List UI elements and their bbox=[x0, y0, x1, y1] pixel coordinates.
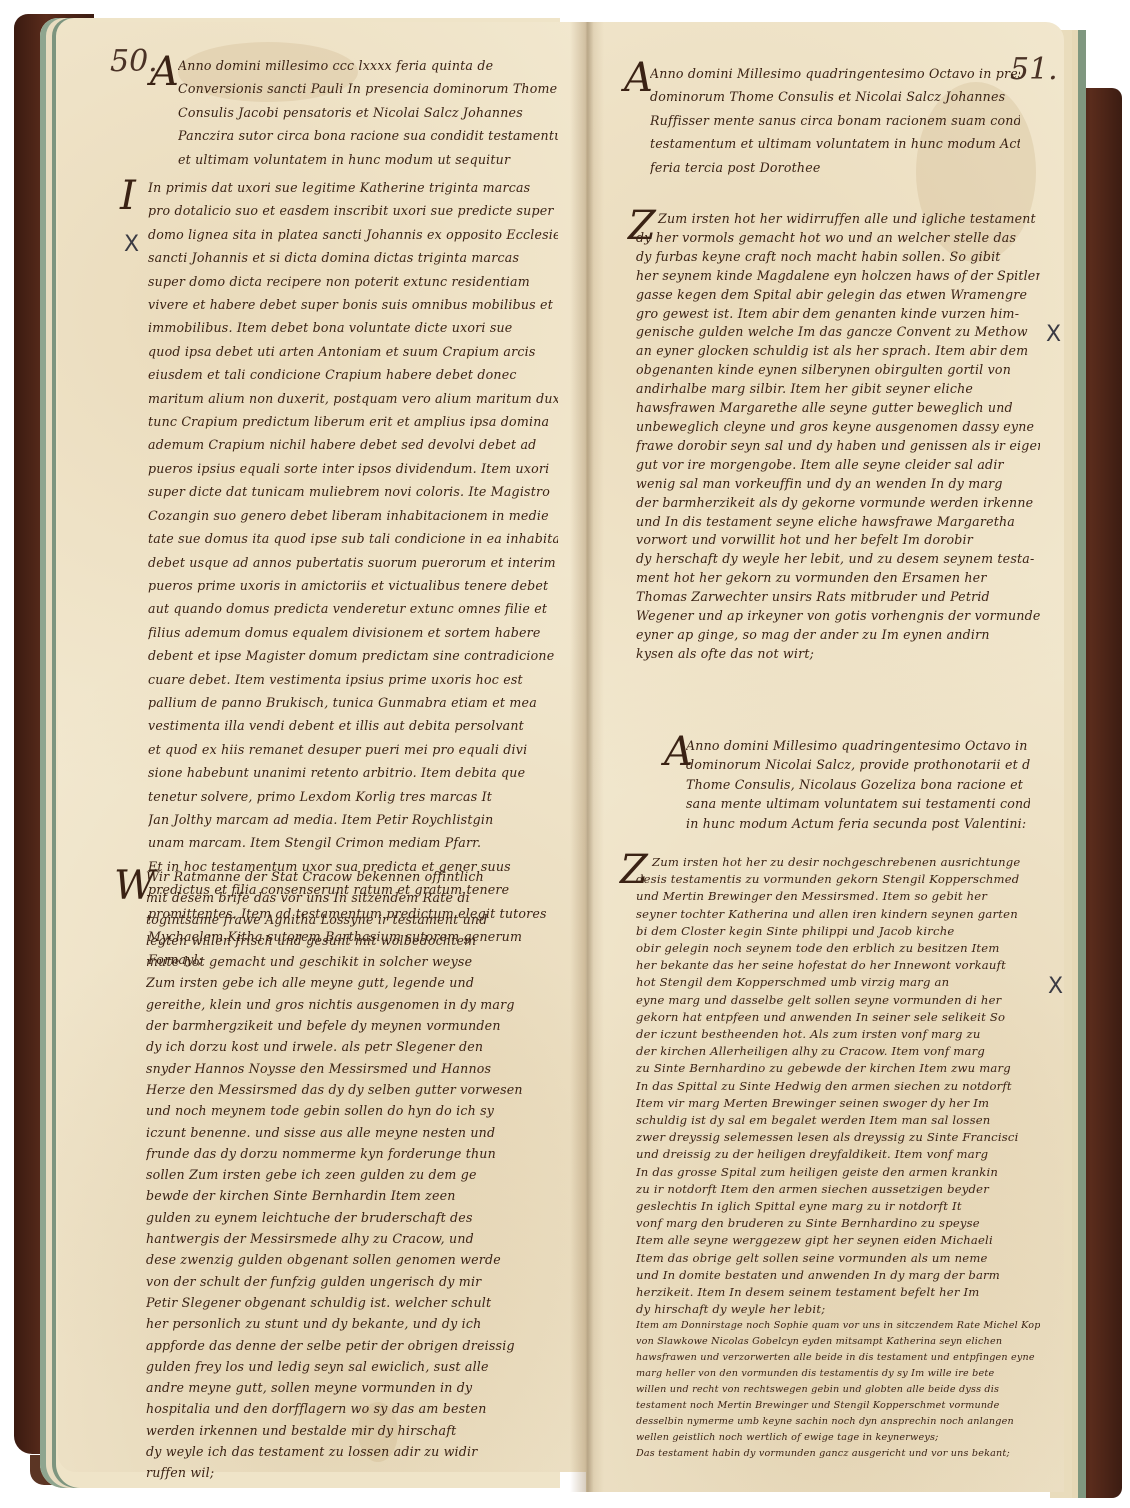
text-line: Cozangin suo genero debet liberam inhabi… bbox=[148, 504, 558, 527]
text-line: dy furbas keyne craft noch macht habin s… bbox=[636, 248, 1040, 267]
text-line: dominorum Nicolai Salcz, provide prothon… bbox=[686, 755, 1030, 774]
text-line: tate sue domus ita quod ipse sub tali co… bbox=[148, 527, 558, 550]
text-line: der kirchen Allerheiligen alhy zu Cracow… bbox=[636, 1043, 1040, 1060]
text-line: der iczunt bestheenden hot. Als zum irst… bbox=[636, 1026, 1040, 1043]
text-line: testament noch Mertin Brewinger und Sten… bbox=[636, 1398, 1040, 1414]
latin-entry-heading-right-2: Anno domini Millesimo quadringentesimo O… bbox=[686, 736, 1030, 833]
text-line: willen und recht von rechtswegen gebin u… bbox=[636, 1382, 1040, 1398]
text-line: her seynem kinde Magdalene eyn holczen h… bbox=[636, 267, 1040, 286]
text-line: testamentum et ultimam voluntatem in hun… bbox=[650, 132, 1020, 155]
text-line: Thome Consulis, Nicolaus Gozeliza bona r… bbox=[686, 775, 1030, 794]
text-line: und noch meynem tode gebin sollen do hyn… bbox=[146, 1100, 558, 1121]
text-line: Item alle seyne werggezew gipt her seyne… bbox=[636, 1232, 1040, 1249]
text-line: ruffen wil; bbox=[146, 1462, 558, 1483]
text-line: dominorum Thome Consulis et Nicolai Salc… bbox=[650, 85, 1020, 108]
entry-initial: I bbox=[120, 176, 136, 216]
text-line: werden irkennen und bestalde mir dy hirs… bbox=[146, 1420, 558, 1441]
text-line: gulden zu eynem leichtuche der brudersch… bbox=[146, 1207, 558, 1228]
text-line: Consulis Jacobi pensatoris et Nicolai Sa… bbox=[178, 101, 558, 124]
text-line: cuare debet. Item vestimenta ipsius prim… bbox=[148, 668, 558, 691]
text-line: Wegener und ap irkeyner von gotis vorhen… bbox=[636, 607, 1040, 626]
text-line: Item das obrige gelt sollen seine vormun… bbox=[636, 1250, 1040, 1267]
text-line: togintsame frawe Agnitha Lossyne ir test… bbox=[146, 909, 558, 930]
text-line: zu Sinte Bernhardino zu gebewde der kirc… bbox=[636, 1060, 1040, 1077]
text-line: wenig sal man vorkeuffin und dy an wende… bbox=[636, 475, 1040, 494]
text-line: gut vor ire morgengobe. Item alle seyne … bbox=[636, 456, 1040, 475]
text-line: gekorn hat entpfeen und anwenden In sein… bbox=[636, 1009, 1040, 1026]
text-line: mute hot gemacht und geschikit in solche… bbox=[146, 951, 558, 972]
text-line: von der schult der funfzig gulden ungeri… bbox=[146, 1271, 558, 1292]
latin-entry-heading-right: Anno domini Millesimo quadringentesimo O… bbox=[650, 62, 1020, 179]
text-line: Zum irsten hot her zu desir nochgeschreb… bbox=[636, 854, 1040, 871]
text-line: desis testamentis zu vormunden gekorn St… bbox=[636, 871, 1040, 888]
text-line: pallium de panno Brukisch, tunica Gunmab… bbox=[148, 691, 558, 714]
text-line: Petir Slegener obgenant schuldig ist. we… bbox=[146, 1292, 558, 1313]
text-line: andre meyne gutt, sollen meyne vormunden… bbox=[146, 1377, 558, 1398]
text-line: sollen Zum irsten gebe ich zeen gulden z… bbox=[146, 1164, 558, 1185]
latin-testament-text-left: In primis dat uxori sue legitime Katheri… bbox=[148, 176, 558, 972]
text-line: sione habebunt unanimi retento arbitrio.… bbox=[148, 761, 558, 784]
latin-entry-heading-left: Anno domini millesimo ccc lxxxx feria qu… bbox=[178, 54, 558, 171]
text-line: Ruffisser mente sanus circa bonam racion… bbox=[650, 109, 1020, 132]
text-line: schuldig ist dy sal em begalet werden It… bbox=[636, 1112, 1040, 1129]
text-line: Zum irsten hot her widirruffen alle und … bbox=[636, 210, 1040, 229]
text-line: bi dem Closter kegin Sinte philippi und … bbox=[636, 923, 1040, 940]
text-line: Anno domini Millesimo quadringentesimo O… bbox=[650, 62, 1020, 85]
text-line: unbeweglich cleyne und gros keyne ausgen… bbox=[636, 418, 1040, 437]
text-line: Panczira sutor circa bona racione sua co… bbox=[178, 124, 558, 147]
text-line: hot Stengil dem Kopperschmed umb virzig … bbox=[636, 974, 1040, 991]
text-line: Anno domini Millesimo quadringentesimo O… bbox=[686, 736, 1030, 755]
text-line: andirhalbe marg silbir. Item her gibit s… bbox=[636, 380, 1040, 399]
margin-cross-mark: X bbox=[1048, 974, 1063, 999]
text-line: domo lignea sita in platea sancti Johann… bbox=[148, 223, 558, 246]
text-line: debent et ipse Magister domum predictam … bbox=[148, 644, 558, 667]
text-line: Wir Ratmanne der Stat Cracow bekennen of… bbox=[146, 866, 558, 887]
text-line: tunc Crapium predictum liberum erit et a… bbox=[148, 410, 558, 433]
entry-initial: A bbox=[150, 52, 179, 92]
text-line: et quod ex hiis remanet desuper pueri me… bbox=[148, 738, 558, 761]
text-line: pro dotalicio suo et easdem inscribit ux… bbox=[148, 199, 558, 222]
text-line: appforde das denne der selbe petir der o… bbox=[146, 1335, 558, 1356]
text-line: bewde der kirchen Sinte Bernhardin Item … bbox=[146, 1185, 558, 1206]
text-line: gasse kegen dem Spital abir gelegin das … bbox=[636, 286, 1040, 305]
text-line: desselbin nymerme umb keyne sachin noch … bbox=[636, 1414, 1040, 1430]
text-line: dy ich dorzu kost und irwele. als petr S… bbox=[146, 1036, 558, 1057]
text-line: legten willen frisch und gesunt mit wolb… bbox=[146, 930, 558, 951]
text-line: ment hot her gekorn zu vormunden den Ers… bbox=[636, 569, 1040, 588]
margin-cross-mark: X bbox=[124, 232, 139, 257]
text-line: debet usque ad annos pubertatis suorum p… bbox=[148, 551, 558, 574]
text-line: ademum Crapium nichil habere debet sed d… bbox=[148, 433, 558, 456]
text-line: super domo dicta recipere non poterit ex… bbox=[148, 270, 558, 293]
text-line: in hunc modum Actum feria secunda post V… bbox=[686, 814, 1030, 833]
text-line: hospitalia und den dorfflagern wo sy das… bbox=[146, 1398, 558, 1419]
text-line: In das Spittal zu Sinte Hedwig den armen… bbox=[636, 1078, 1040, 1095]
margin-cross-mark: X bbox=[1046, 322, 1061, 347]
german-testament-text-left: Wir Ratmanne der Stat Cracow bekennen of… bbox=[146, 866, 558, 1484]
text-line: hawsfrawen und verzorwerten alle beide i… bbox=[636, 1350, 1040, 1366]
text-line: Item vir marg Merten Brewinger seinen sw… bbox=[636, 1095, 1040, 1112]
text-line: her personlich zu stunt und dy bekante, … bbox=[146, 1313, 558, 1334]
text-line: hawsfrawen Margarethe alle seyne gutter … bbox=[636, 399, 1040, 418]
text-line: an eyner glocken schuldig ist als her sp… bbox=[636, 342, 1040, 361]
text-line: vorwort und vorwillit hot und her befelt… bbox=[636, 531, 1040, 550]
text-line: immobilibus. Item debet bona voluntate d… bbox=[148, 316, 558, 339]
text-line: dy her vormols gemacht hot wo und an wel… bbox=[636, 229, 1040, 248]
text-line: und In domite bestaten und anwenden In d… bbox=[636, 1267, 1040, 1284]
text-line: vestimenta illa vendi debent et illis au… bbox=[148, 714, 558, 737]
text-line: feria tercia post Dorothee bbox=[650, 156, 1020, 179]
text-line: snyder Hannos Noysse den Messirsmed und … bbox=[146, 1058, 558, 1079]
text-line: In primis dat uxori sue legitime Katheri… bbox=[148, 176, 558, 199]
text-line: geslechtis In iglich Spittal eyne marg z… bbox=[636, 1198, 1040, 1215]
text-line: von Slawkowe Nicolas Gobelcyn eyden mits… bbox=[636, 1334, 1040, 1350]
text-line: gulden frey los und ledig seyn sal ewicl… bbox=[146, 1356, 558, 1377]
text-line: dy herschaft dy weyle her lebit, und zu … bbox=[636, 550, 1040, 569]
entry-initial: A bbox=[624, 58, 653, 98]
text-line: obir gelegin noch seynem tode den erblic… bbox=[636, 940, 1040, 957]
text-line: frawe dorobir seyn sal und dy haben und … bbox=[636, 437, 1040, 456]
text-line: iczunt benenne. und sisse aus alle meyne… bbox=[146, 1122, 558, 1143]
text-line: und dreissig zu der heiligen dreyfaldike… bbox=[636, 1146, 1040, 1163]
text-line: Herze den Messirsmed das dy dy selben gu… bbox=[146, 1079, 558, 1100]
page-gutter bbox=[570, 22, 604, 1492]
text-line: Anno domini millesimo ccc lxxxx feria qu… bbox=[178, 54, 558, 77]
text-line: dy hirschaft dy weyle her lebit; bbox=[636, 1301, 1040, 1318]
text-line: Das testament habin dy vormunden gancz a… bbox=[636, 1446, 1040, 1462]
text-line: gro gewest ist. Item abir dem genanten k… bbox=[636, 305, 1040, 324]
text-line: und Mertin Brewinger den Messirsmed. Ite… bbox=[636, 888, 1040, 905]
text-line: gereithe, klein und gros nichtis ausgeno… bbox=[146, 994, 558, 1015]
text-line: tenetur solvere, primo Lexdom Korlig tre… bbox=[148, 785, 558, 808]
text-line: eyne marg und dasselbe gelt sollen seyne… bbox=[636, 992, 1040, 1009]
text-line: Zum irsten gebe ich alle meyne gutt, leg… bbox=[146, 972, 558, 993]
text-line: kysen als ofte das not wirt; bbox=[636, 645, 1040, 664]
text-line: wellen geistlich noch wertlich of ewige … bbox=[636, 1430, 1040, 1446]
text-line: Thomas Zarwechter unsirs Rats mitbruder … bbox=[636, 588, 1040, 607]
text-line: vivere et habere debet super bonis suis … bbox=[148, 293, 558, 316]
text-line: sancti Johannis et si dicta domina dicta… bbox=[148, 246, 558, 269]
text-line: zwer dreyssig selemessen lesen als dreys… bbox=[636, 1129, 1040, 1146]
text-line: eiusdem et tali condicione Crapium haber… bbox=[148, 363, 558, 386]
text-line: her bekante das her seine hofestat do he… bbox=[636, 957, 1040, 974]
text-line: eyner ap ginge, so mag der ander zu Im e… bbox=[636, 626, 1040, 645]
text-line: und In dis testament seyne eliche hawsfr… bbox=[636, 513, 1040, 532]
german-testament-text-right-2: Zum irsten hot her zu desir nochgeschreb… bbox=[636, 854, 1040, 1462]
text-line: genische gulden welche Im das gancze Con… bbox=[636, 323, 1040, 342]
text-line: et ultimam voluntatem in hunc modum ut s… bbox=[178, 148, 558, 171]
text-line: dy weyle ich das testament zu lossen adi… bbox=[146, 1441, 558, 1462]
german-testament-text-right: Zum irsten hot her widirruffen alle und … bbox=[636, 210, 1040, 664]
text-line: vonf marg den bruderen zu Sinte Bernhard… bbox=[636, 1215, 1040, 1232]
text-line: Conversionis sancti Pauli In presencia d… bbox=[178, 77, 558, 100]
text-line: filius ademum domus equalem divisionem e… bbox=[148, 621, 558, 644]
text-line: zu ir notdorft Item den armen siechen au… bbox=[636, 1181, 1040, 1198]
text-line: obgenanten kinde eynen silberynen obirgu… bbox=[636, 361, 1040, 380]
text-line: quod ipsa debet uti arten Antoniam et su… bbox=[148, 340, 558, 363]
text-line: unam marcam. Item Stengil Crimon mediam … bbox=[148, 831, 558, 854]
text-line: super dicte dat tunicam muliebrem novi c… bbox=[148, 480, 558, 503]
text-line: Jan Jolthy marcam ad media. Item Petir R… bbox=[148, 808, 558, 831]
text-line: der barmherzikeit als dy gekorne vormund… bbox=[636, 494, 1040, 513]
text-line: herzikeit. Item In desem seinem testamen… bbox=[636, 1284, 1040, 1301]
text-line: pueros ipsius equali sorte inter ipsos d… bbox=[148, 457, 558, 480]
text-line: pueros prime uxoris in amictoriis et vic… bbox=[148, 574, 558, 597]
text-line: Item am Donnirstage noch Sophie quam vor… bbox=[636, 1318, 1040, 1334]
text-line: marg heller von den vormunden dis testam… bbox=[636, 1366, 1040, 1382]
text-line: sana mente ultimam voluntatem sui testam… bbox=[686, 794, 1030, 813]
text-line: frunde das dy dorzu nommerme kyn forderu… bbox=[146, 1143, 558, 1164]
text-line: der barmhergzikeit und befele dy meynen … bbox=[146, 1015, 558, 1036]
text-line: In das grosse Spital zum heiligen geiste… bbox=[636, 1164, 1040, 1181]
text-line: maritum alium non duxerit, postquam vero… bbox=[148, 387, 558, 410]
text-line: seyner tochter Katherina und allen iren … bbox=[636, 906, 1040, 923]
text-line: dese zwenzig gulden obgenant sollen geno… bbox=[146, 1249, 558, 1270]
text-line: aut quando domus predicta venderetur ext… bbox=[148, 597, 558, 620]
text-line: mit desem brife das vor uns In sitzendem… bbox=[146, 887, 558, 908]
text-line: hantwergis der Messirsmede alhy zu Craco… bbox=[146, 1228, 558, 1249]
